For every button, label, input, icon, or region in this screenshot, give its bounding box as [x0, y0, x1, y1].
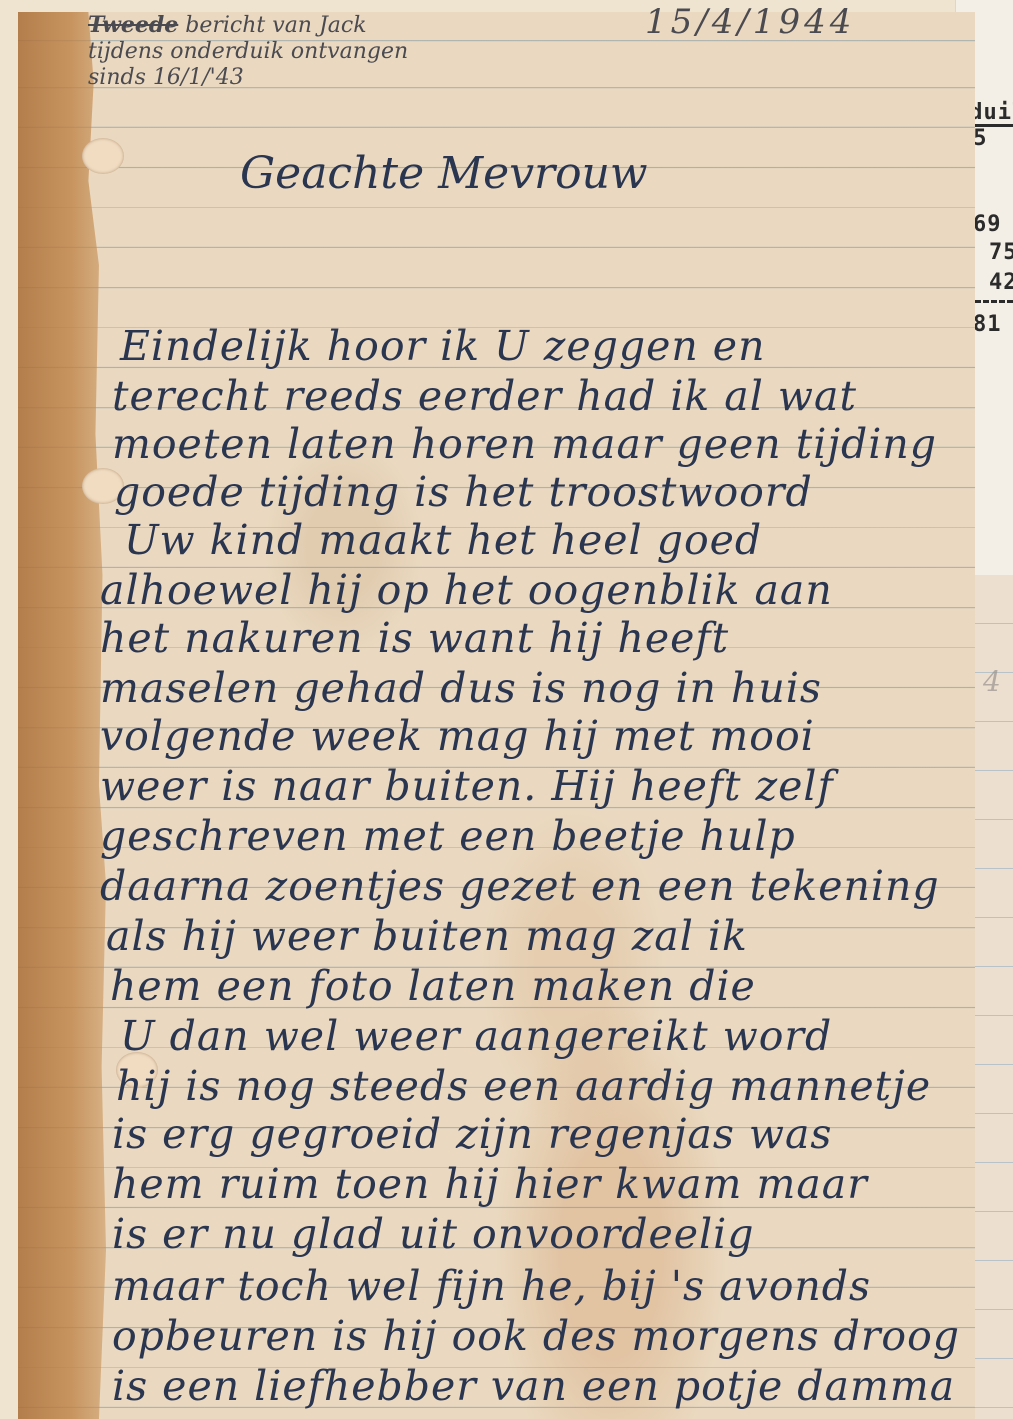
body-line: opbeuren is hij ook des morgens droog [112, 1312, 960, 1360]
body-line: terecht reeds eerder had ik al wat [112, 372, 857, 420]
typed-value: 69 [973, 212, 1002, 237]
typed-value: 75 [989, 240, 1013, 265]
body-line: het nakuren is want hij heeft [100, 614, 729, 662]
body-line: is er nu glad uit onvoordeelig [112, 1210, 755, 1258]
body-line: Eindelijk hoor ik U zeggen en [120, 322, 765, 370]
body-line: hem een foto laten maken die [110, 962, 756, 1010]
salutation: Geachte Mevrouw [240, 148, 648, 199]
annotation-line-1: Tweede bericht van Jack [88, 12, 408, 39]
body-line: weer is naar buiten. Hij heeft zelf [100, 762, 834, 810]
adhesive-tape-strip [18, 12, 106, 1419]
letter-date: 15/4/1944 [645, 2, 855, 42]
pencil-mark: 4 [983, 665, 1001, 698]
body-line: maar toch wel fijn he, bij 's avonds [112, 1262, 871, 1310]
body-line: Uw kind maakt het heel goed [124, 516, 762, 564]
body-line: hem ruim toen hij hier kwam maar [112, 1160, 868, 1208]
body-line: geschreven met een beetje hulp [100, 812, 796, 860]
body-line: moeten laten horen maar geen tijding [112, 420, 937, 468]
struck-word: Tweede [88, 12, 178, 38]
body-line: U dan wel weer aangereikt word [120, 1012, 832, 1060]
typed-value: 81 [973, 312, 1002, 337]
body-line: volgende week mag hij met mooi [100, 712, 815, 760]
body-line: hij is nog steeds een aardig mannetje [116, 1062, 931, 1110]
body-line: is erg gegroeid zijn regenjas was [112, 1110, 832, 1158]
body-line: maselen gehad dus is nog in huis [100, 664, 822, 712]
annotation-line-3: sinds 16/1/'43 [88, 65, 408, 91]
body-line: als hij weer buiten mag zal ik [106, 912, 748, 960]
body-line: goede tijding is het troostwoord [114, 468, 813, 516]
body-line: alhoewel hij op het oogenblik aan [100, 566, 833, 614]
body-line: is een liefhebber van een potje damma [112, 1362, 955, 1410]
pencil-annotation: Tweede bericht van Jack tijdens onderdui… [88, 12, 408, 91]
background-lined-document: 4 [975, 575, 1013, 1419]
body-line: daarna zoentjes gezet en een tekening [100, 862, 940, 910]
annotation-line-2: tijdens onderduik ontvangen [88, 39, 408, 65]
punch-hole [82, 138, 124, 174]
typed-value: 42 [989, 270, 1013, 295]
